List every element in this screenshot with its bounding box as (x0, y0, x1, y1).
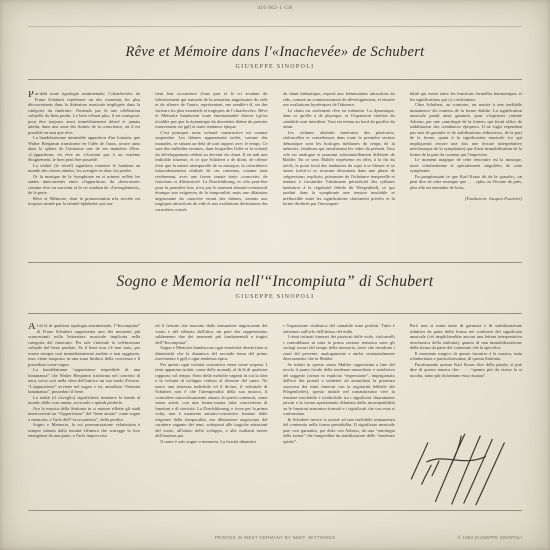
paragraph: l di là di qualsiasi tipologia sentiment… (28, 323, 140, 367)
top-divider (28, 26, 522, 27)
french-drop-cap: P (28, 91, 35, 100)
paragraph: La baudelairienne inimitable apparition … (28, 135, 140, 163)
paragraph: Le moment magique de cette rencontre est… (410, 157, 522, 174)
signature-strokes (402, 424, 524, 510)
paragraph: Sogno e Memoria bandiscono ogni emotivit… (155, 345, 267, 362)
italian-drop-cap: A (28, 323, 37, 332)
paragraph: Les rythmes obstinés funéraires des pizz… (283, 130, 395, 207)
paragraph: Le chant est seulement rêve ou mémoire. … (283, 108, 395, 130)
french-columns: Par-delà toute typologie sentimentale, l… (28, 91, 522, 259)
french-column-2: tient leur occurrence d'une part et le c… (155, 91, 267, 259)
italian-column-1-text: l di là di qualsiasi tipologia sentiment… (28, 323, 140, 439)
paragraph: La realtà (il risveglio) significherà ri… (28, 395, 140, 406)
paragraph: Però non si tratta tanto di garanzia e d… (410, 323, 522, 351)
french-end-divider (28, 262, 522, 263)
paragraph: tient leur occurrence d'une part et le c… (155, 91, 267, 130)
french-title: Rêve et Mémoire dans l'«Inachevée» de Sc… (28, 44, 522, 60)
italian-column-1: Al di là di qualsiasi tipologia sentimen… (28, 323, 140, 508)
copyright-notice: © 1983 GIUSEPPE SINOPOLI (458, 535, 522, 540)
paragraph: Ora la musica della Sinfonia in si minor… (28, 406, 140, 423)
section-french: Rêve et Mémoire dans l'«Inachevée» de Sc… (28, 44, 522, 263)
paragraph: Or la musique de la Symphonie en si mine… (28, 174, 140, 196)
french-column-1-text: ar-delà toute typologie sentimentale, l'… (28, 91, 140, 207)
artist-signature (402, 424, 524, 510)
paragraph: In Schubert invece si assiste ad una ine… (283, 417, 395, 445)
paragraph: C'est pourquoi toute volonté constructiv… (155, 130, 267, 213)
paragraph: La baudelairiana “apparizione irripetibi… (28, 367, 140, 395)
paragraph: La réalité (le réveil) signifiera remett… (28, 163, 140, 174)
italian-author: GIUSEPPE SINOPOLI (28, 294, 522, 300)
paragraph: ar-delà toute typologie sentimentale, l'… (28, 91, 140, 135)
paragraph: Sogno e Memoria, la cui pronunciazione v… (28, 422, 140, 439)
paragraph: du chant thématique, exposé aux frémissa… (283, 91, 395, 108)
italian-title: Sogno e Memoria nell'“Incompiuta” di Sch… (28, 273, 522, 290)
french-author: GIUSEPPE SINOPOLI (28, 64, 522, 70)
paragraph: Il canto è solo sogno o memoria. La fisi… (155, 439, 267, 445)
italian-end-divider (28, 510, 522, 511)
italian-column-3: e l'espansione vitalistica del cantabile… (283, 323, 395, 508)
translator-credit: (Traduction: Jacques Fournier) (410, 196, 522, 202)
paragraph: e l'espansione vitalistica del cantabile… (283, 323, 395, 334)
french-column-3: du chant thématique, exposé aux frémissa… (283, 91, 395, 259)
french-title-divider (28, 79, 522, 80)
paragraph: Il momento magico di questo incontro è l… (410, 351, 522, 362)
paragraph: Se infatti in questo senso Mahler rappre… (283, 362, 395, 417)
paragraph: En paraphrasant ce que Karl Kraus dit de… (410, 174, 522, 191)
catalog-number: 410 862-1 GH (28, 6, 522, 11)
italian-column-2: ed il fremito che nascono dalla sensazio… (155, 323, 267, 508)
french-column-1: Par-delà toute typologie sentimentale, l… (28, 91, 140, 259)
italian-title-divider (28, 313, 522, 314)
liner-notes-page: 410 862-1 GH Rêve et Mémoire dans l'«Ina… (0, 0, 550, 550)
french-column-4: bilité qui existe entre les fonctions fo… (410, 91, 522, 259)
paragraph: Chez Schubert, au contraire, on assiste … (410, 102, 522, 157)
paragraph: Parafrasando quanto Karl Kraus dice dell… (410, 362, 522, 379)
paragraph: Per questo ogni volontà costruttiva vien… (155, 362, 267, 439)
paragraph: bilité qui existe entre les fonctions fo… (410, 91, 522, 102)
paragraph: ed il fremito che nascono dalla sensazio… (155, 323, 267, 345)
paragraph: Rêve et Mémoire, dont la prononciation t… (28, 196, 140, 207)
french-column-4-text: bilité qui existe entre les fonctions fo… (410, 91, 522, 190)
paragraph: I ritmi ostinati funerari dei pizzicati … (283, 334, 395, 362)
